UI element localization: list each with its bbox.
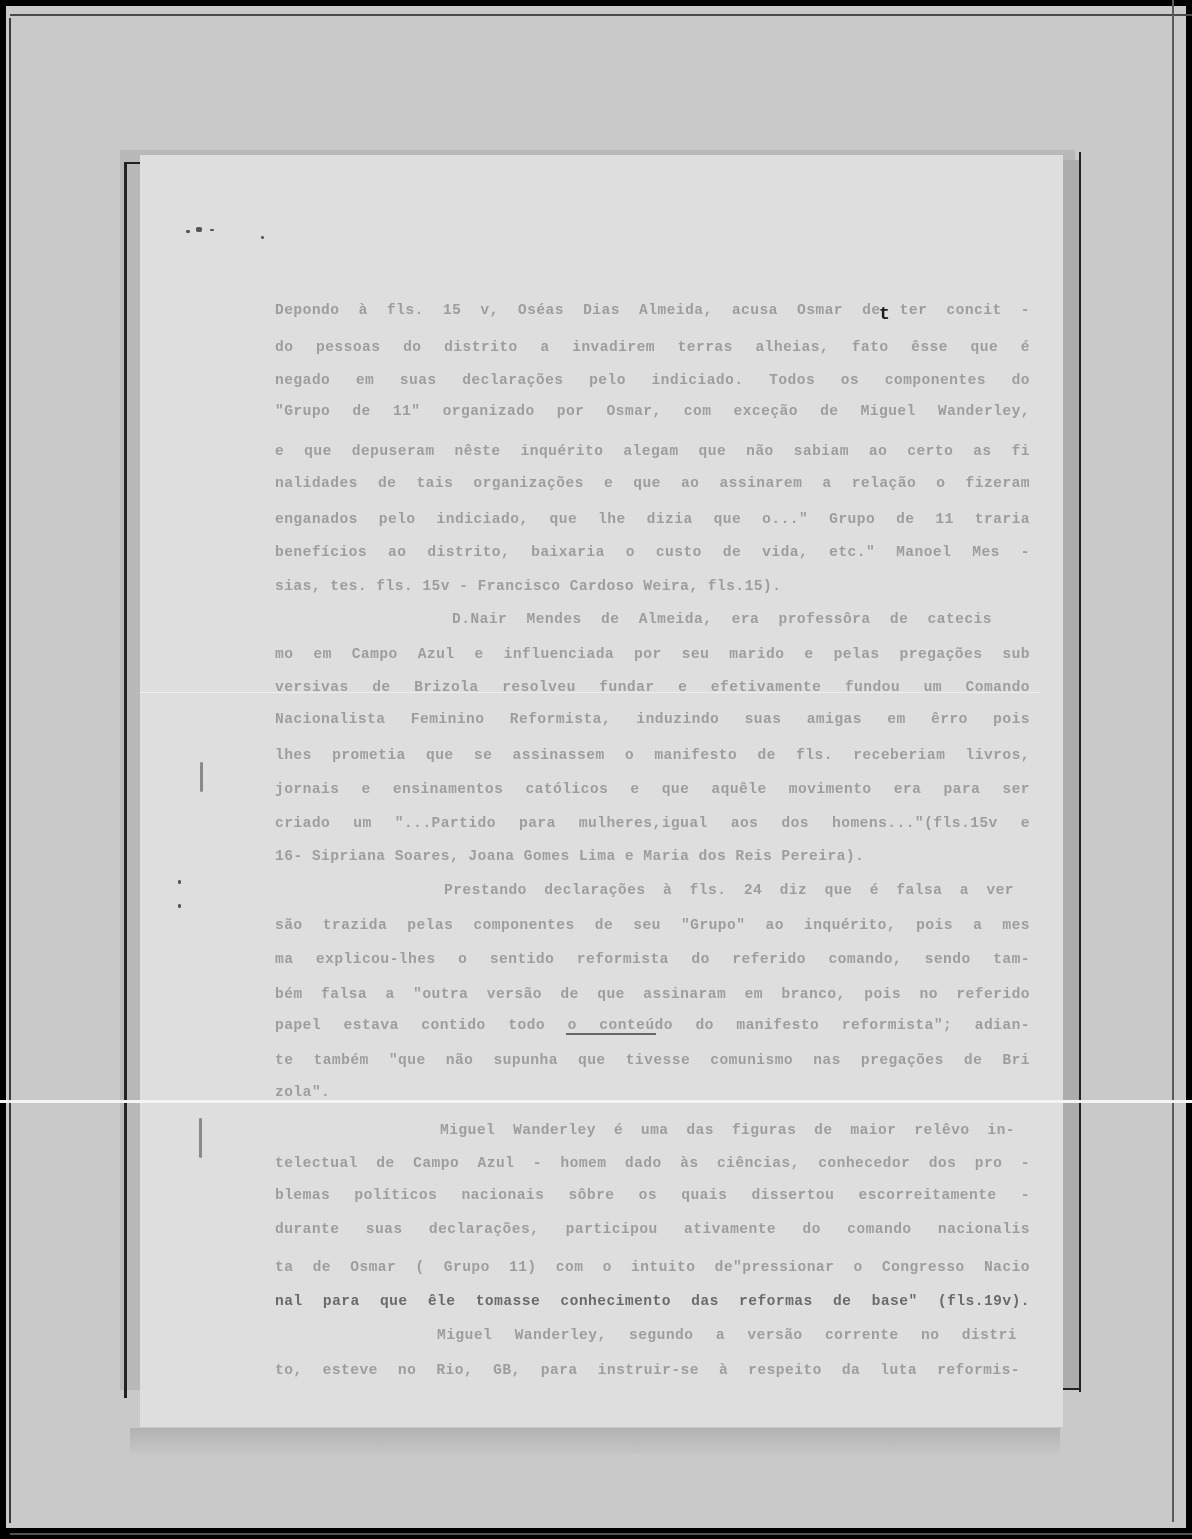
text-line: sias, tes. fls. 15v - Francisco Cardoso … — [275, 577, 1030, 597]
text-line: são trazida pelas componentes de seu "Gr… — [275, 916, 1030, 936]
text-line: ta de Osmar ( Grupo 11) com o intuito de… — [275, 1258, 1030, 1278]
speck-mark — [261, 236, 264, 239]
speck-mark — [178, 904, 181, 908]
speck-mark — [210, 229, 214, 231]
text-line: 16- Sipriana Soares, Joana Gomes Lima e … — [275, 847, 1030, 867]
speck-mark — [186, 230, 190, 233]
text-line: negado em suas declarações pelo indiciad… — [275, 371, 1030, 391]
text-line: Depondo à fls. 15 v, Oséas Dias Almeida,… — [275, 301, 1030, 321]
text-line: telectual de Campo Azul - homem dado às … — [275, 1154, 1030, 1174]
text-line: nalidades de tais organizações e que ao … — [275, 474, 1030, 494]
text-line: benefícios ao distrito, baixaria o custo… — [275, 543, 1030, 563]
margin-mark — [199, 1118, 202, 1158]
text-line: jornais e ensinamentos católicos e que a… — [275, 780, 1030, 800]
paragraph-start: D.Nair Mendes de Almeida, era professôra… — [452, 610, 992, 630]
speck-mark — [178, 880, 181, 884]
page-shadow — [130, 1428, 1060, 1454]
scan-scratch — [0, 1100, 1192, 1103]
handwritten-correction: t — [879, 305, 890, 325]
text-line: to, esteve no Rio, GB, para instruir-se … — [275, 1361, 1020, 1381]
text-line: ma explicou-lhes o sentido reformista do… — [275, 950, 1030, 970]
text-line: criado um "...Partido para mulheres,igua… — [275, 814, 1030, 834]
text-line: bém falsa a "outra versão de que assinar… — [275, 985, 1030, 1005]
film-edge-right — [1172, 0, 1174, 1522]
text-line: "Grupo de 11" organizado por Osmar, com … — [275, 402, 1030, 422]
board-edge-top — [124, 162, 140, 164]
text-line: durante suas declarações, participou ati… — [275, 1220, 1030, 1240]
scan-scratch — [140, 692, 1040, 693]
film-edge-bottom — [10, 1533, 1192, 1535]
board-shadow — [1063, 160, 1079, 1390]
film-edge-top — [10, 14, 1192, 16]
board-edge-left — [124, 163, 127, 1398]
text-line: Nacionalista Feminino Reformista, induzi… — [275, 710, 1030, 730]
paragraph-start: Prestando declarações à fls. 24 diz que … — [444, 881, 1014, 901]
text-line: do pessoas do distrito a invadirem terra… — [275, 338, 1030, 358]
paragraph-start: Miguel Wanderley, segundo a versão corre… — [437, 1326, 1017, 1346]
text-line: e que depuseram nêste inquérito alegam q… — [275, 442, 1030, 462]
paragraph-start: Miguel Wanderley é uma das figuras de ma… — [440, 1121, 1015, 1141]
board-edge-right — [1079, 152, 1081, 1392]
text-line: enganados pelo indiciado, que lhe dizia … — [275, 510, 1030, 530]
text-line: blemas políticos nacionais sôbre os quai… — [275, 1186, 1030, 1206]
text-line: te também "que não supunha que tivesse c… — [275, 1051, 1030, 1071]
margin-mark — [200, 762, 203, 792]
text-line: lhes prometia que se assinassem o manife… — [275, 746, 1030, 766]
text-line: versivas de Brizola resolveu fundar e ef… — [275, 678, 1030, 698]
underline-mark — [566, 1033, 656, 1035]
film-edge-left — [9, 18, 11, 1523]
speck-mark — [196, 227, 202, 232]
text-line: mo em Campo Azul e influenciada por seu … — [275, 645, 1030, 665]
text-line: nal para que êle tomasse conhecimento da… — [275, 1292, 1030, 1312]
